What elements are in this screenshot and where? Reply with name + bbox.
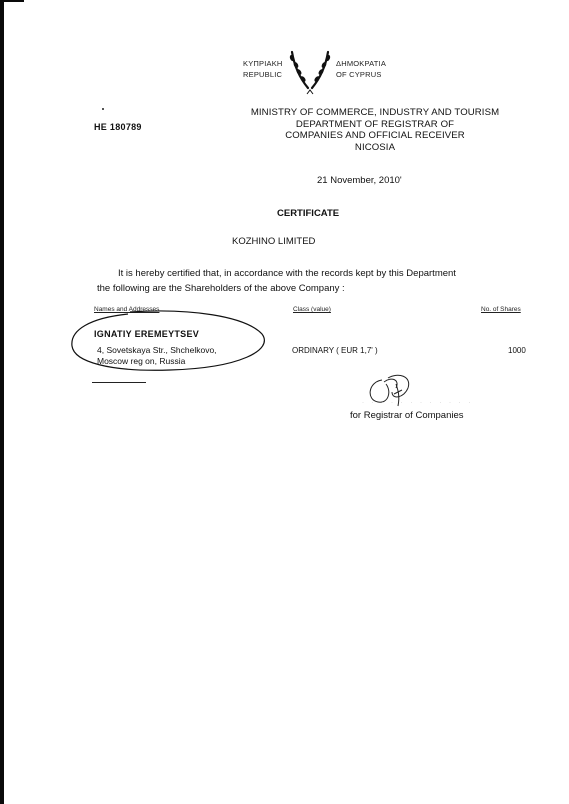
address-line-1: 4, Sovetskaya Str., Shchelkovo,	[97, 345, 217, 356]
column-header-class: Class (value)	[293, 306, 331, 313]
ministry-line-4: NICOSIA	[240, 142, 510, 154]
share-class-value: ORDINARY ( EUR 1,7' )	[292, 346, 378, 355]
certificate-title: CERTIFICATE	[277, 208, 339, 219]
statement-line-2: the following are the Shareholders of th…	[97, 283, 345, 294]
emblem-english-right: OF CYPRUS	[336, 69, 386, 80]
statement-line-1: It is hereby certified that, in accordan…	[118, 268, 456, 279]
separator-line	[92, 382, 146, 383]
ministry-line-2: DEPARTMENT OF REGISTRAR OF	[240, 119, 510, 131]
emblem-text-left: ΚΥΠΡΙΑΚΗ REPUBLIC	[243, 58, 283, 80]
ministry-line-1: MINISTRY OF COMMERCE, INDUSTRY AND TOURI…	[240, 107, 510, 119]
shareholder-name: IGNATIY EREMEYTSEV	[94, 329, 199, 339]
olive-branch-emblem-icon	[286, 48, 334, 96]
share-count: 1000	[508, 346, 526, 355]
emblem-english-left: REPUBLIC	[243, 69, 283, 80]
emblem-text-right: ΔΗΜΟΚΡΑΤΙΑ OF CYPRUS	[336, 58, 386, 80]
shareholder-address: 4, Sovetskaya Str., Shchelkovo, Moscow r…	[97, 345, 217, 367]
signature-line-dots: · · · · · · · · · · · ·	[362, 400, 473, 406]
registration-number: HE 180789	[94, 122, 142, 132]
scan-speck	[102, 108, 104, 110]
company-name: KOZHINO LIMITED	[232, 236, 315, 247]
emblem-greek-right: ΔΗΜΟΚΡΑΤΙΑ	[336, 58, 386, 69]
emblem-greek-left: ΚΥΠΡΙΑΚΗ	[243, 58, 283, 69]
ministry-heading: MINISTRY OF COMMERCE, INDUSTRY AND TOURI…	[240, 107, 510, 153]
scan-border-left	[0, 0, 4, 804]
handwritten-signature-icon	[362, 370, 432, 415]
column-header-shares: No. of Shares	[481, 306, 521, 313]
address-line-2: Moscow reg on, Russia	[97, 356, 217, 367]
ministry-line-3: COMPANIES AND OFFICIAL RECEIVER	[240, 130, 510, 142]
scan-border-top	[0, 0, 24, 2]
certificate-date: 21 November, 2010'	[317, 175, 402, 186]
signature-caption: for Registrar of Companies	[350, 410, 464, 421]
